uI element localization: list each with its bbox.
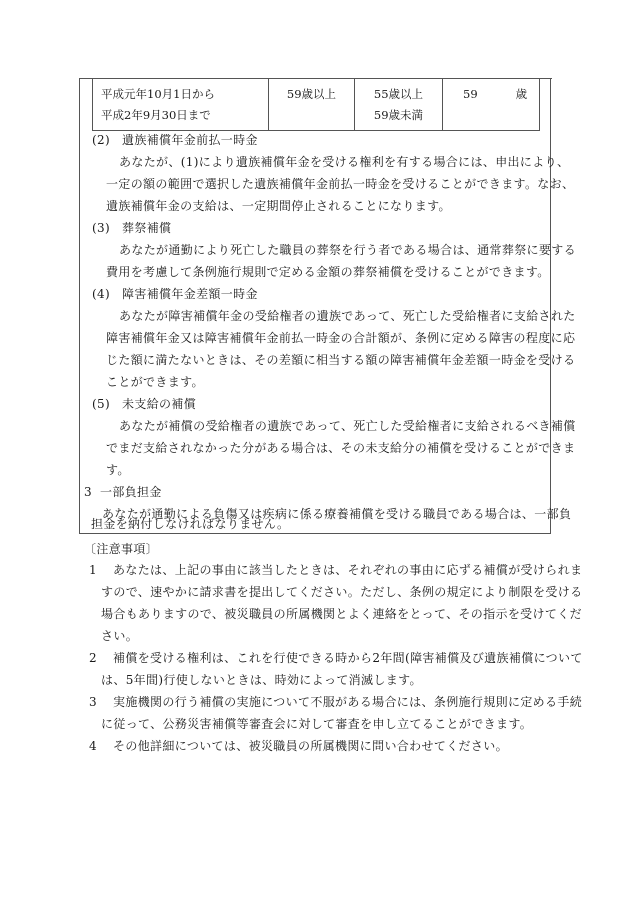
section-heading-4: (4)障害補償年金差額一時金 [92,285,258,303]
section-heading-2: (2)遺族補償年金前払一時金 [92,131,258,149]
age-cell-1: 59歳以上 [269,79,355,131]
paragraph-line: 担金を納付しなければなりません。 [91,515,289,533]
period-end: 平成2年9月30日まで [101,105,264,126]
note-number: 2 [89,649,113,667]
note-line: 場合もありますので、被災職員の所属機関とよく連絡をとって、その指示を受けてくだ [101,605,582,623]
paragraph-line: 一定の額の範囲で選択した遺族補償年金前払一時金を受けることができます。なお、 [106,175,574,193]
paragraph-line: ことができます。 [106,373,204,391]
note-line: に従って、公務災害補償等審査会に対して審査を申し立てることができます。 [101,715,532,733]
note-text: 実施機関の行う補償の実施について不服がある場合には、条例施行規則に定める手続 [113,695,582,709]
period-start: 平成元年10月1日から [101,84,264,105]
note-line: すので、速やかに請求書を提出してください。ただし、条例の規定により制限を受ける [101,583,582,601]
paragraph-line: 障害補償年金又は障害補償年金前払一時金の合計額が、条例に定める障害の程度に応 [106,329,575,347]
age-range-from: 55歳以上 [359,84,438,105]
section-number: (4) [92,285,122,303]
note-item-1: 1あなたは、上記の事由に該当したときは、それぞれの事由に応ずる補償が受けられま [89,561,582,579]
partial-burden-heading: 3一部負担金 [84,483,162,501]
paragraph-line: でまだ支給されなかった分がある場合は、その未支給分の補償を受けることができま [106,439,575,457]
table-row: 平成元年10月1日から 平成2年9月30日まで 59歳以上 55歳以上 59歳未… [93,79,540,131]
paragraph-line: あなたが通勤により死亡した職員の葬祭を行う者である場合は、通常葬祭に要する [119,241,576,259]
age-cell-2: 55歳以上 59歳未満 [355,79,443,131]
section-title: 一部負担金 [100,485,162,499]
section-number: 3 [84,483,100,501]
note-item-4: 4その他詳細については、被災職員の所属機関に問い合わせてください。 [89,737,508,755]
paragraph-line: す。 [106,461,130,479]
age-range-to: 59歳未満 [359,105,438,126]
paragraph-line: あなたが障害補償年金の受給権者の遺族であって、死亡した受給権者に支給された [119,307,576,325]
note-number: 1 [89,561,113,579]
age-number: 59 [463,87,478,101]
section-title: 障害補償年金差額一時金 [122,287,258,301]
note-item-3: 3実施機関の行う補償の実施について不服がある場合には、条例施行規則に定める手続 [89,693,582,711]
paragraph-line: あなたが、(1)により遺族補償年金を受ける権利を有する場合には、申出により、 [119,153,569,171]
notes-heading: 〔注意事項〕 [84,540,158,558]
section-heading-5: (5)未支給の補償 [92,395,196,413]
age-unit: 歳 [516,84,528,105]
section-number: (2) [92,131,122,149]
age-cell-3: 59歳 [443,79,540,131]
note-text: 補償を受ける権利は、これを行使できる時から2年間(障害補償及び遺族補償について [113,651,583,665]
frame-top-border-right [539,78,552,79]
note-item-2: 2補償を受ける権利は、これを行使できる時から2年間(障害補償及び遺族補償について [89,649,583,667]
note-text: その他詳細については、被災職員の所属機関に問い合わせてください。 [113,739,508,753]
frame-top-border-left [79,78,92,79]
paragraph-line: 費用を考慮して条例施行規則で定める金額の葬祭補償を受けることができます。 [106,263,550,281]
note-number: 3 [89,693,113,711]
section-title: 葬祭補償 [122,221,171,235]
section-number: (3) [92,219,122,237]
note-line: は、5年間)行使しないときは、時効によって消滅します。 [101,671,422,689]
note-number: 4 [89,737,113,755]
age-requirement-table: 平成元年10月1日から 平成2年9月30日まで 59歳以上 55歳以上 59歳未… [92,78,540,131]
section-number: (5) [92,395,122,413]
note-line: さい。 [101,627,138,645]
paragraph-line: あなたが補償の受給権者の遺族であって、死亡した受給権者に支給されるべき補償 [119,417,576,435]
section-title: 遺族補償年金前払一時金 [122,133,258,147]
paragraph-line: 遺族補償年金の支給は、一定期間停止されることになります。 [106,197,451,215]
section-title: 未支給の補償 [122,397,196,411]
note-text: あなたは、上記の事由に該当したときは、それぞれの事由に応ずる補償が受けられま [113,563,582,577]
period-cell: 平成元年10月1日から 平成2年9月30日まで [93,79,269,131]
section-heading-3: (3)葬祭補償 [92,219,171,237]
paragraph-line: じた額に満たないときは、その差額に相当する額の障害補償年金差額一時金を受ける [106,351,575,369]
age-value: 59歳以上 [273,84,350,105]
